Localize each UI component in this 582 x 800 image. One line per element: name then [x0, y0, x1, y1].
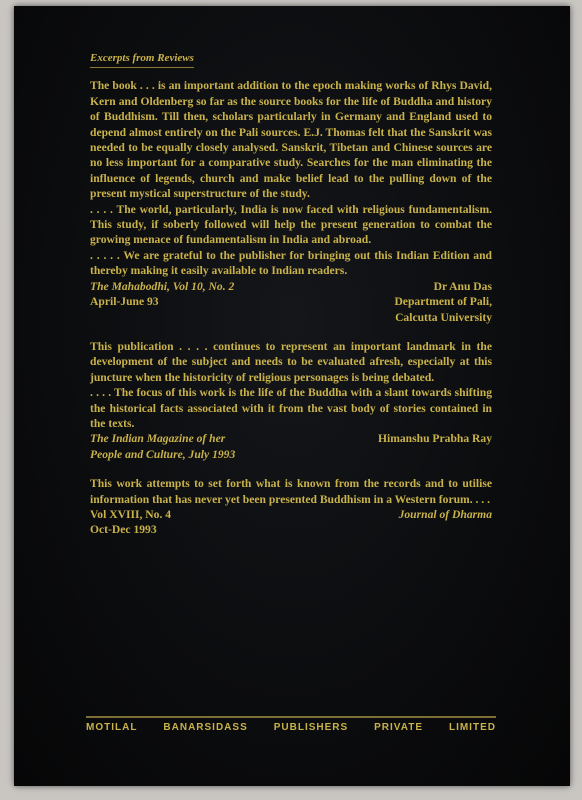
review2-paragraph1: This publication . . . . continues to re… [90, 339, 492, 385]
reviews-heading: Excerpts from Reviews [90, 51, 194, 68]
review3-journal: Journal of Dharma [399, 507, 492, 538]
publisher-word: BANARSIDASS [163, 722, 247, 733]
review1-author: Dr Anu Das [394, 279, 492, 294]
publisher-word: PUBLISHERS [274, 722, 348, 733]
review3-citation: Vol XVIII, No. 4 Oct-Dec 1993 Journal of… [90, 507, 492, 538]
review1-paragraph3: . . . . . We are grateful to the publish… [90, 248, 492, 279]
review2-date: People and Culture, July 1993 [90, 447, 235, 462]
publisher-word: LIMITED [449, 722, 496, 733]
review1-citation: The Mahabodhi, Vol 10, No. 2 April-June … [90, 279, 492, 325]
review1-paragraph1: The book . . . is an important addition … [90, 78, 492, 201]
reviews-block: Excerpts from Reviews The book . . . is … [90, 50, 492, 538]
publisher-footer: MOTILAL BANARSIDASS PUBLISHERS PRIVATE L… [86, 716, 496, 733]
publisher-word: PRIVATE [374, 722, 423, 733]
review3-paragraph1: This work attempts to set forth what is … [90, 476, 492, 507]
review1-dept: Department of Pali, [394, 294, 492, 309]
publisher-word: MOTILAL [86, 722, 137, 733]
review1-paragraph2: . . . . The world, particularly, India i… [90, 202, 492, 248]
review2-citation: The Indian Magazine of her People and Cu… [90, 431, 492, 462]
review1-univ: Calcutta University [394, 310, 492, 325]
review3-source: Vol XVIII, No. 4 [90, 507, 171, 522]
review1-source: The Mahabodhi, Vol 10, No. 2 [90, 279, 234, 294]
review3-date: Oct-Dec 1993 [90, 522, 171, 537]
review2-paragraph2: . . . . The focus of this work is the li… [90, 385, 492, 431]
review1-date: April-June 93 [90, 294, 234, 309]
review2-author: Himanshu Prabha Ray [378, 431, 492, 462]
review2-source: The Indian Magazine of her [90, 431, 235, 446]
